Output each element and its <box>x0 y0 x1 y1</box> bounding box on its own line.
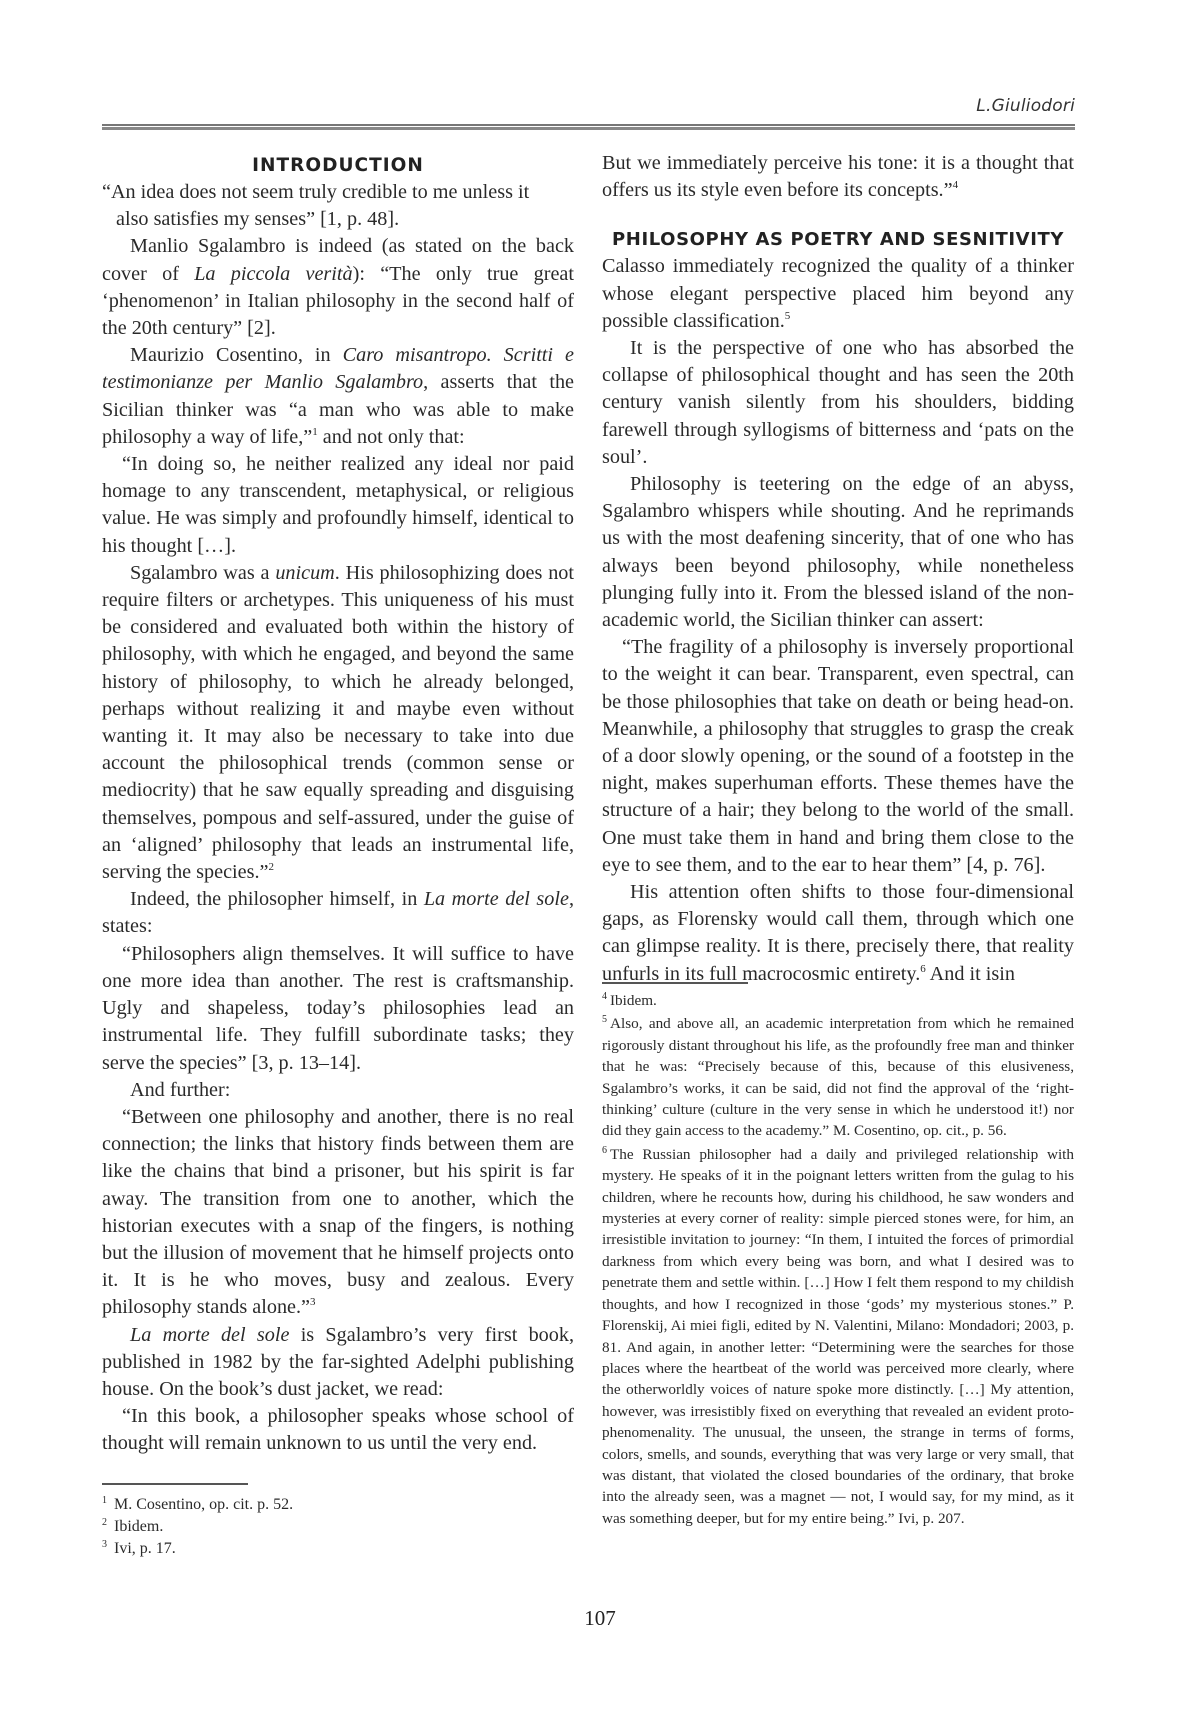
footnote-separator-left <box>102 1483 248 1485</box>
paragraph-unicum: Sgalambro was a unicum. His philosophizi… <box>102 560 574 886</box>
block-quote-continuation: But we immediately perceive his tone: it… <box>602 150 1074 204</box>
block-quote-philosophers-align: “Philosophers align themselves. It will … <box>102 941 574 1077</box>
header-double-rule <box>102 124 1075 130</box>
book-title: La morte del sole <box>130 1324 289 1346</box>
footnote-ref-4[interactable]: 4 <box>953 179 959 191</box>
footnote-ref-3[interactable]: 3 <box>310 1296 316 1308</box>
footnotes-right: 4Ibidem. 5Also, and above all, an academ… <box>602 990 1074 1531</box>
book-title: La piccola verità <box>194 263 352 285</box>
book-title: La morte del sole <box>424 888 569 910</box>
footnote-3: 3 Ivi, p. 17. <box>102 1538 574 1560</box>
footnotes-left: 1 M. Cosentino, op. cit. p. 52. 2 Ibidem… <box>102 1494 574 1560</box>
footnote-4: 4Ibidem. <box>602 990 1074 1011</box>
left-column: INTRODUCTION “An idea does not seem trul… <box>102 150 574 1458</box>
paragraph-perspective: It is the perspective of one who has abs… <box>602 335 1074 471</box>
block-quote-cosentino: “In doing so, he neither realized any id… <box>102 451 574 560</box>
paragraph-calasso: Calasso immediately recognized the quali… <box>602 253 1074 335</box>
paragraph-first-book: La morte del sole is Sgalambro’s very fi… <box>102 1322 574 1404</box>
footnote-6: 6The Russian philosopher had a daily and… <box>602 1144 1074 1529</box>
epigraph-citation: also satisfies my senses” [1, p. 48]. <box>102 206 574 233</box>
section-heading-philosophy-as-poetry: PHILOSOPHY AS POETRY AND SESNITIVITY <box>602 226 1074 253</box>
block-quote-dust-jacket: “In this book, a philosopher speaks whos… <box>102 1403 574 1457</box>
footnote-ref-5[interactable]: 5 <box>785 310 791 322</box>
block-quote-fragility: “The fragility of a philosophy is invers… <box>602 634 1074 879</box>
right-column: But we immediately perceive his tone: it… <box>602 150 1074 988</box>
running-head-author: L.Giuliodori <box>976 96 1075 116</box>
paragraph-cosentino: Maurizio Cosentino, in Caro misantropo. … <box>102 342 574 451</box>
paragraph-and-further: And further: <box>102 1077 574 1104</box>
footnote-separator-right <box>602 982 748 984</box>
footnote-1: 1 M. Cosentino, op. cit. p. 52. <box>102 1494 574 1516</box>
footnote-ref-2[interactable]: 2 <box>269 861 275 873</box>
footnote-5: 5Also, and above all, an academic interp… <box>602 1013 1074 1141</box>
paragraph-teetering: Philosophy is teetering on the edge of a… <box>602 471 1074 634</box>
block-quote-between-philosophies: “Between one philosophy and another, the… <box>102 1104 574 1322</box>
paragraph-sgalambro-indeed: Manlio Sgalambro is indeed (as stated on… <box>102 233 574 342</box>
footnote-2: 2 Ibidem. <box>102 1516 574 1538</box>
paragraph-morte-del-sole: Indeed, the philosopher himself, in La m… <box>102 886 574 940</box>
epigraph: “An idea does not seem truly credible to… <box>102 179 574 206</box>
section-heading-introduction: INTRODUCTION <box>102 152 574 179</box>
paragraph-four-dimensional: His attention often shifts to those four… <box>602 879 1074 988</box>
page-number: 107 <box>0 1606 1200 1631</box>
